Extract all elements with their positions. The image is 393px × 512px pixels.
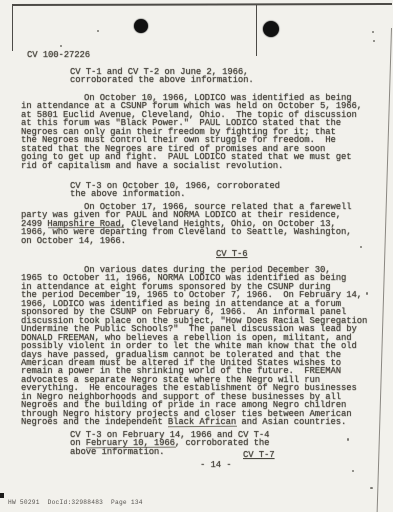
scan-speck	[360, 246, 362, 248]
scan-edge-line-top	[12, 3, 392, 6]
scan-speck	[372, 31, 374, 33]
source-note-t1-t2: CV T-1 and CV T-2 on June 2, 1966, corro…	[70, 68, 350, 85]
scan-speck	[373, 40, 375, 42]
scan-mark-bottom-left	[0, 493, 4, 498]
scan-speck	[97, 30, 99, 32]
paragraph-october-10: On October 10, 1966, LODICO was identifi…	[21, 94, 389, 170]
scan-speck	[60, 45, 62, 47]
scan-speck	[366, 292, 368, 295]
section-heading-cv-t7: CV T-7	[243, 451, 274, 459]
scan-speck	[352, 470, 354, 472]
scan-speck	[370, 487, 373, 489]
page-number: - 14 -	[200, 461, 231, 469]
hole-punch-mark-right	[263, 21, 279, 37]
scan-speck	[347, 438, 349, 441]
source-note-t3-october: CV T-3 on October 10, 1966, corroborated…	[70, 182, 350, 199]
paragraph-october-17: On October 17, 1966, source related that…	[21, 203, 389, 245]
file-number: CV 100-27226	[27, 51, 90, 59]
digitization-footer-stamp: HW 50291 DocId:32988483 Page 134	[8, 499, 143, 506]
paragraph-forums: On various dates during the period Decem…	[21, 266, 393, 427]
scan-fold-line-middle	[256, 5, 257, 56]
scanned-document-page: CV 100-27226 CV T-1 and CV T-2 on June 2…	[0, 0, 393, 512]
section-heading-cv-t6: CV T-6	[216, 250, 247, 258]
handwritten-underline-black-african	[168, 426, 237, 427]
hole-punch-mark-left	[134, 19, 148, 33]
scan-edge-line-left	[12, 4, 13, 51]
source-note-t3-t4-february: CV T-3 on February 14, 1966 and CV T-4 o…	[70, 431, 350, 456]
